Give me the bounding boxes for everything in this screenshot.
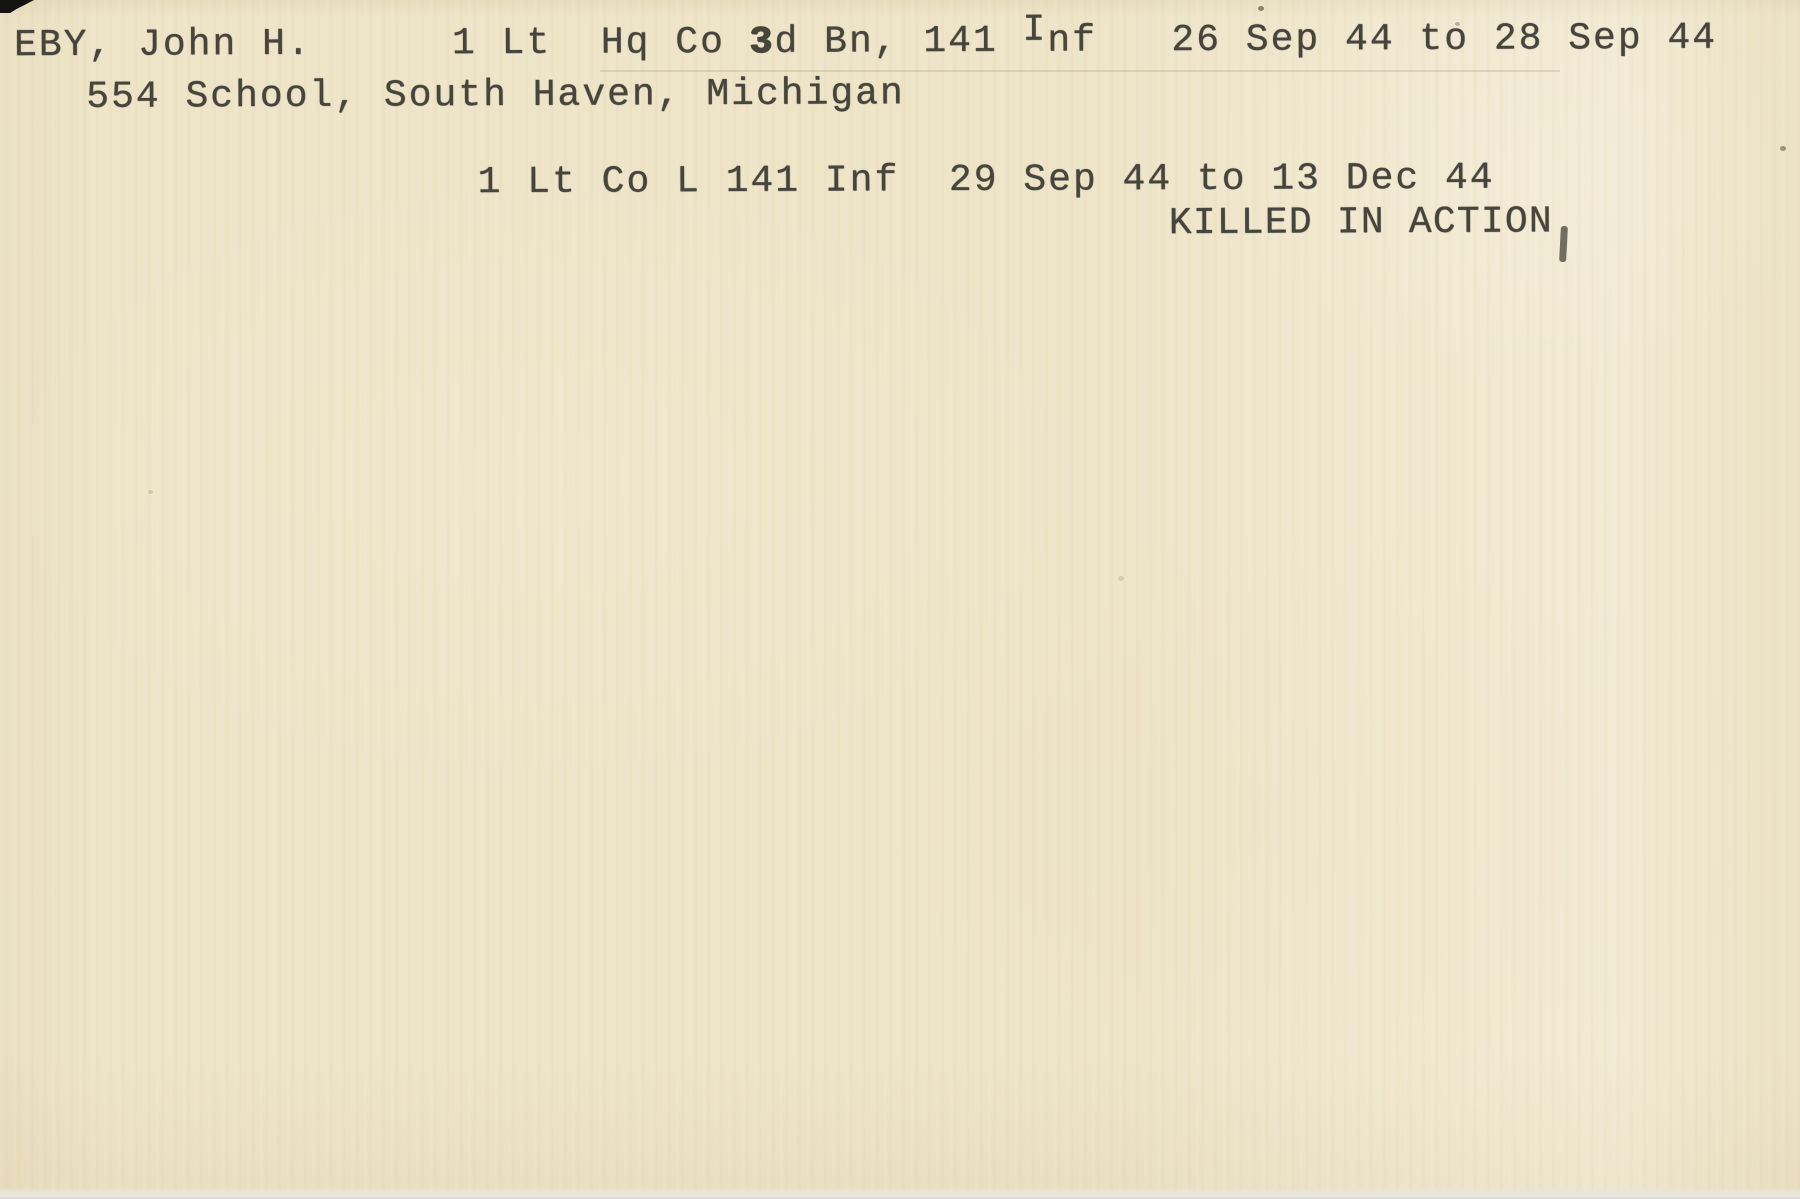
soldier-name: EBY, John H. [14,23,312,68]
home-address-line: 554 School, South Haven, Michigan [86,72,905,120]
assignment1-overstruck-digit: 3 [750,21,775,64]
paper-speck [1780,146,1786,151]
bottom-scan-edge [0,1187,1800,1199]
assignment-line-2: 1 Lt Co L 141 Inf 29 Sep 44 to 13 Dec 44 [478,157,1495,205]
assignment-line-1: 1 Lt Hq Co 3d Bn, 141 Inf 26 Sep 44 to 2… [452,17,1717,67]
assignment1-superscript-letter: I [1022,9,1047,52]
paper-speck [1258,6,1264,11]
paper-speck [1118,576,1124,581]
kia-status: KILLED IN ACTION [1169,200,1553,246]
typewritten-text-layer: EBY, John H. 1 Lt Hq Co 3d Bn, 141 Inf 2… [0,0,1800,1199]
paper-speck [1455,22,1460,26]
assignment1-battalion-regiment: d Bn, 141 [774,20,1022,64]
assignment1-dates: nf 26 Sep 44 to 28 Sep 44 [1047,17,1717,63]
service-record-card: EBY, John H. 1 Lt Hq Co 3d Bn, 141 Inf 2… [0,0,1800,1199]
assignment1-rank-unit: 1 Lt Hq Co [452,21,750,65]
paper-speck [148,490,153,494]
